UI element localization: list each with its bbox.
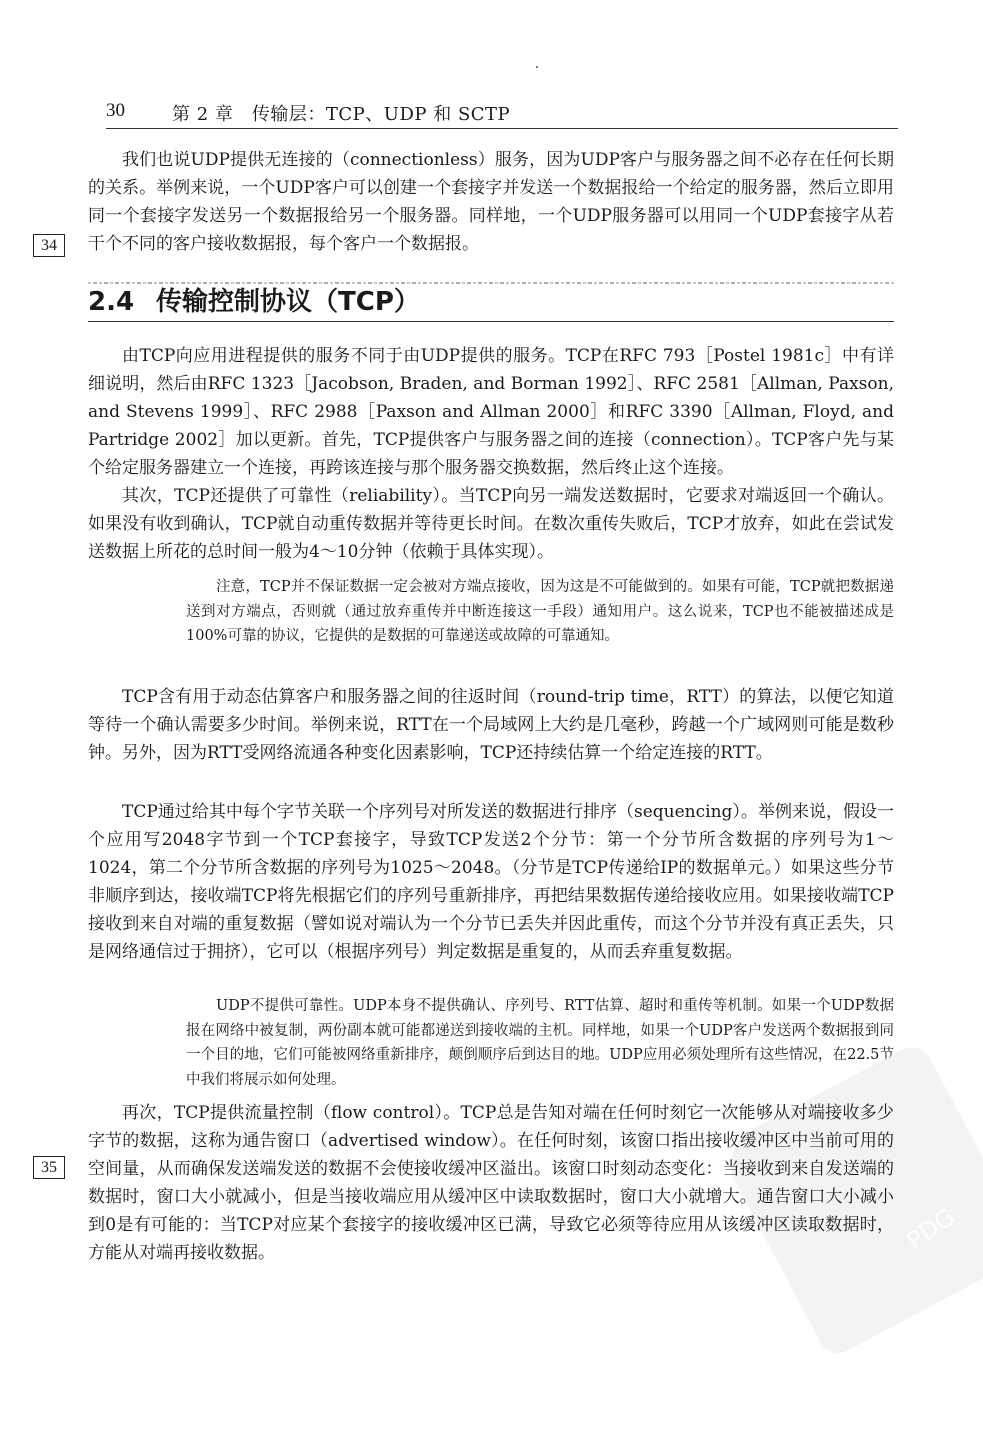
paragraph-block-4: TCP通过给其中每个字节关联一个序列号对所发送的数据进行排序（sequencin… [88, 798, 894, 966]
paragraph: TCP通过给其中每个字节关联一个序列号对所发送的数据进行排序（sequencin… [88, 798, 894, 966]
running-title: 第 2 章 传输层：TCP、UDP 和 SCTP [172, 100, 510, 126]
paragraph-block-5: 再次，TCP提供流量控制（flow control）。TCP总是告知对端在任何时… [88, 1099, 894, 1267]
margin-page-marker: 35 [33, 1156, 65, 1179]
paragraph: 由TCP向应用进程提供的服务不同于由UDP提供的服务。TCP在RFC 793［P… [88, 342, 894, 482]
paragraph: 再次，TCP提供流量控制（flow control）。TCP总是告知对端在任何时… [88, 1099, 894, 1267]
scan-artifact-dot [536, 66, 538, 68]
section-heading: 2.4传输控制协议（TCP） [88, 287, 894, 322]
note-block-1: 注意，TCP并不保证数据一定会被对方端点接收，因为这是不可能做到的。如果有可能，… [186, 575, 894, 649]
page-header: 30 第 2 章 传输层：TCP、UDP 和 SCTP [106, 98, 898, 129]
page-number: 30 [106, 100, 125, 122]
paragraph: TCP含有用于动态估算客户和服务器之间的往返时间（round-trip time… [88, 683, 894, 767]
note-block-2: UDP不提供可靠性。UDP本身不提供确认、序列号、RTT估算、超时和重传等机制。… [186, 994, 894, 1092]
paragraph-block-1: 由TCP向应用进程提供的服务不同于由UDP提供的服务。TCP在RFC 793［P… [88, 342, 894, 482]
note-paragraph: 注意，TCP并不保证数据一定会被对方端点接收，因为这是不可能做到的。如果有可能，… [186, 575, 894, 649]
intro-paragraph-block: 我们也说UDP提供无连接的（connectionless）服务，因为UDP客户与… [88, 146, 894, 258]
note-paragraph: UDP不提供可靠性。UDP本身不提供确认、序列号、RTT估算、超时和重传等机制。… [186, 994, 894, 1092]
section-title: 传输控制协议（TCP） [156, 287, 420, 317]
paragraph-block-2: 其次，TCP还提供了可靠性（reliability）。当TCP向另一端发送数据时… [88, 482, 894, 566]
paragraph: 其次，TCP还提供了可靠性（reliability）。当TCP向另一端发送数据时… [88, 482, 894, 566]
section-divider [88, 282, 894, 284]
margin-page-marker: 34 [33, 234, 65, 257]
intro-paragraph: 我们也说UDP提供无连接的（connectionless）服务，因为UDP客户与… [88, 146, 894, 258]
section-number: 2.4 [88, 287, 156, 317]
paragraph-block-3: TCP含有用于动态估算客户和服务器之间的往返时间（round-trip time… [88, 683, 894, 767]
